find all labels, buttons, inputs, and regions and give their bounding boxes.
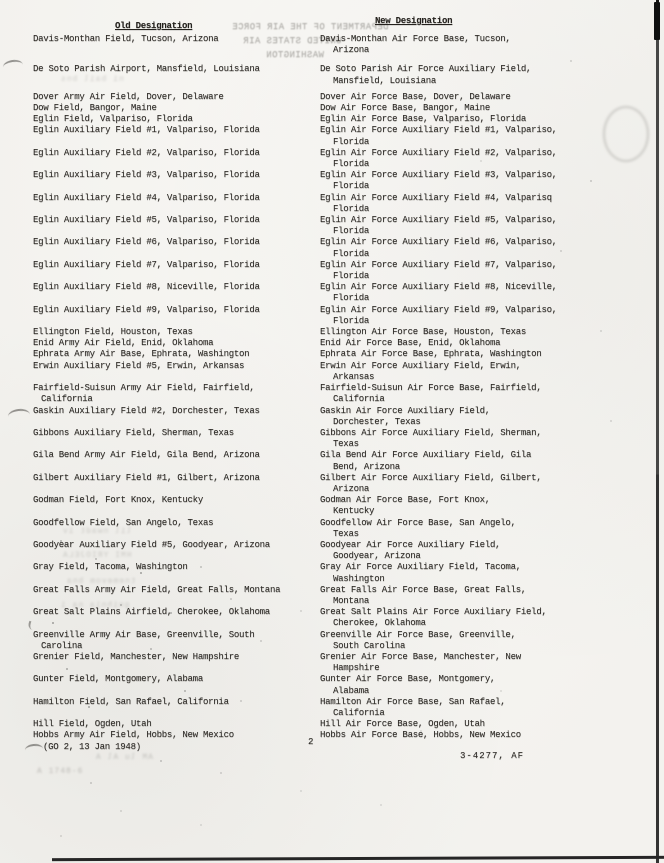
new-designation-cell: Eglin Air Force Auxiliary Field #9, Valp…	[320, 305, 633, 327]
new-designation-line: Eglin Air Force Auxiliary Field #2, Valp…	[320, 148, 633, 159]
old-designation-line: Eglin Auxiliary Field #1, Valpariso, Flo…	[33, 125, 320, 136]
document-reference: 3-4277, AF	[460, 751, 524, 761]
new-designation-line: Great Falls Air Force Base, Great Falls,	[320, 585, 633, 596]
old-designation-header: Old Designation	[115, 21, 192, 31]
smudge-mark: A 1748-6	[37, 767, 83, 776]
new-designation-cell: Eglin Air Force Auxiliary Field #8, Nice…	[320, 282, 633, 304]
old-designation-line: Greenville Army Air Base, Greenville, So…	[33, 630, 320, 641]
pen-hook-mark	[2, 59, 23, 74]
smudge-mark: ni bail bns	[60, 75, 124, 84]
new-designation-line: Goodyear Air Force Auxiliary Field,	[320, 540, 633, 551]
old-designation-cell: Fairfield-Suisun Army Air Field, Fairfie…	[33, 383, 320, 405]
old-designation-cell: Great Falls Army Air Field, Great Falls,…	[33, 585, 320, 596]
table-row: Hill Field, Ogden, UtahHill Air Force Ba…	[33, 719, 633, 730]
new-designation-line: Dow Air Force Base, Bangor, Maine	[320, 103, 633, 114]
old-designation-line: Davis-Monthan Field, Tucson, Arizona	[33, 34, 320, 45]
scan-edge-right	[656, 0, 659, 863]
old-designation-cell: Eglin Auxiliary Field #7, Valpariso, Flo…	[33, 260, 320, 271]
old-designation-line: Gray Field, Tacoma, Washington	[33, 562, 320, 573]
old-designation-cell: Hobbs Army Air Field, Hobbs, New Mexico	[33, 730, 320, 741]
new-designation-line: Goodfellow Air Force Base, San Angelo,	[320, 518, 633, 529]
new-designation-line: Greenville Air Force Base, Greenville,	[320, 630, 633, 641]
table-row: Gilbert Auxiliary Field #1, Gilbert, Ari…	[33, 473, 633, 495]
old-designation-cell: Eglin Auxiliary Field #3, Valpariso, Flo…	[33, 170, 320, 181]
smudge-mark: HMI YRIOJELA	[62, 551, 132, 560]
old-designation-cell: Ellington Field, Houston, Texas	[33, 327, 320, 338]
old-designation-line: Hill Field, Ogden, Utah	[33, 719, 320, 730]
old-designation-cell: Davis-Monthan Field, Tucson, Arizona	[33, 34, 320, 45]
new-designation-line: Dorchester, Texas	[320, 417, 633, 428]
table-row: Eglin Auxiliary Field #9, Valpariso, Flo…	[33, 305, 633, 327]
new-designation-line: Eglin Air Force Auxiliary Field #4, Valp…	[320, 193, 633, 204]
new-designation-line: Eglin Air Force Auxiliary Field #1, Valp…	[320, 125, 633, 136]
old-designation-cell: Godman Field, Fort Knox, Kentucky	[33, 495, 320, 506]
new-designation-line: Eglin Air Force Auxiliary Field #9, Valp…	[320, 305, 633, 316]
new-designation-line: Eglin Air Force Auxiliary Field #6, Valp…	[320, 237, 633, 248]
new-designation-line: Eglin Air Force Auxiliary Field #8, Nice…	[320, 282, 633, 293]
new-designation-line: Washington	[320, 574, 633, 585]
scan-noise	[0, 0, 2, 2]
new-designation-line: Gaskin Air Force Auxiliary Field,	[320, 406, 633, 417]
new-designation-line: Erwin Air Force Auxiliary Field, Erwin,	[320, 361, 633, 372]
new-designation-cell: Eglin Air Force Auxiliary Field #4, Valp…	[320, 193, 633, 215]
old-designation-line: Eglin Auxiliary Field #6, Valpariso, Flo…	[33, 237, 320, 248]
table-row: Gaskin Auxiliary Field #2, Dorchester, T…	[33, 406, 633, 428]
new-designation-line: Great Salt Plains Air Force Auxiliary Fi…	[320, 607, 633, 618]
new-designation-line: Grenier Air Force Base, Manchester, New	[320, 652, 633, 663]
table-row: Ellington Field, Houston, TexasEllington…	[33, 327, 633, 338]
old-designation-line: Hamilton Field, San Rafael, California	[33, 697, 320, 708]
table-row: Ephrata Army Air Base, Ephrata, Washingt…	[33, 349, 633, 360]
new-designation-line: Texas	[320, 439, 633, 450]
old-designation-line: Eglin Auxiliary Field #7, Valpariso, Flo…	[33, 260, 320, 271]
old-designation-cell: Dow Field, Bangor, Maine	[33, 103, 320, 114]
old-designation-line: Dover Army Air Field, Dover, Delaware	[33, 92, 320, 103]
new-designation-cell: Great Falls Air Force Base, Great Falls,…	[320, 585, 633, 607]
new-designation-cell: Eglin Air Force Auxiliary Field #3, Valp…	[320, 170, 633, 192]
new-designation-cell: Grenier Air Force Base, Manchester, NewH…	[320, 652, 633, 674]
old-designation-line: Goodyear Auxiliary Field #5, Goodyear, A…	[33, 540, 320, 551]
old-designation-line: Eglin Auxiliary Field #3, Valpariso, Flo…	[33, 170, 320, 181]
table-row: Eglin Field, Valpariso, FloridaEglin Air…	[33, 114, 633, 125]
pen-hook-mark	[7, 408, 30, 423]
new-designation-line: Eglin Air Force Auxiliary Field #7, Valp…	[320, 260, 633, 271]
new-designation-cell: Dow Air Force Base, Bangor, Maine	[320, 103, 633, 114]
table-row: Greenville Army Air Base, Greenville, So…	[33, 630, 633, 652]
new-designation-line: Florida	[320, 271, 633, 282]
new-designation-cell: Eglin Air Force Auxiliary Field #7, Valp…	[320, 260, 633, 282]
table-row: Gunter Field, Montgomery, AlabamaGunter …	[33, 674, 633, 696]
new-designation-line: Florida	[320, 137, 633, 148]
old-designation-line: Gibbons Auxiliary Field, Sherman, Texas	[33, 428, 320, 439]
new-designation-cell: Eglin Air Force Auxiliary Field #6, Valp…	[320, 237, 633, 259]
new-designation-cell: Greenville Air Force Base, Greenville,So…	[320, 630, 633, 652]
new-designation-cell: Eglin Air Force Auxiliary Field #2, Valp…	[320, 148, 633, 170]
new-designation-line: Arizona	[320, 484, 633, 495]
old-designation-line: Eglin Auxiliary Field #9, Valpariso, Flo…	[33, 305, 320, 316]
old-designation-line: Dow Field, Bangor, Maine	[33, 103, 320, 114]
old-designation-line: Gaskin Auxiliary Field #2, Dorchester, T…	[33, 406, 320, 417]
old-designation-line: Gilbert Auxiliary Field #1, Gilbert, Ari…	[33, 473, 320, 484]
new-designation-cell: Enid Air Force Base, Enid, Oklahoma	[320, 338, 633, 349]
new-designation-line: Ephrata Air Force Base, Ephrata, Washing…	[320, 349, 633, 360]
new-designation-cell: Davis-Monthan Air Force Base, Tucson,Ari…	[320, 34, 633, 56]
new-designation-line: Texas	[320, 529, 633, 540]
new-designation-cell: Erwin Air Force Auxiliary Field, Erwin,A…	[320, 361, 633, 383]
new-designation-line: Gila Bend Air Force Auxiliary Field, Gil…	[320, 450, 633, 461]
old-designation-cell: Eglin Auxiliary Field #6, Valpariso, Flo…	[33, 237, 320, 248]
new-designation-line: California	[320, 708, 633, 719]
new-designation-line: Hampshire	[320, 663, 633, 674]
new-designation-line: Godman Air Force Base, Fort Knox,	[320, 495, 633, 506]
old-designation-cell: Eglin Auxiliary Field #2, Valpariso, Flo…	[33, 148, 320, 159]
scan-edge-corner	[654, 2, 660, 40]
new-designation-cell: Eglin Air Force Base, Valpariso, Florida	[320, 114, 633, 125]
old-designation-line: California	[33, 394, 320, 405]
new-designation-cell: Gilbert Air Force Auxiliary Field, Gilbe…	[320, 473, 633, 495]
old-designation-line: De Soto Parish Airport, Mansfield, Louis…	[33, 64, 320, 75]
new-designation-cell: Ellington Air Force Base, Houston, Texas	[320, 327, 633, 338]
table-row: Eglin Auxiliary Field #3, Valpariso, Flo…	[33, 170, 633, 192]
old-designation-line: Eglin Auxiliary Field #5, Valpariso, Flo…	[33, 215, 320, 226]
new-designation-cell: Gray Air Force Auxiliary Field, Tacoma,W…	[320, 562, 633, 584]
scan-edge-bottom	[52, 856, 664, 861]
old-designation-line: Enid Army Air Field, Enid, Oklahoma	[33, 338, 320, 349]
table-row: Eglin Auxiliary Field #8, Niceville, Flo…	[33, 282, 633, 304]
new-designation-cell: Dover Air Force Base, Dover, Delaware	[320, 92, 633, 103]
new-designation-cell: Godman Air Force Base, Fort Knox,Kentuck…	[320, 495, 633, 517]
old-designation-line: Carolina	[33, 641, 320, 652]
old-designation-line: Erwin Auxiliary Field #5, Erwin, Arkansa…	[33, 361, 320, 372]
old-designation-line: Eglin Auxiliary Field #8, Niceville, Flo…	[33, 282, 320, 293]
new-designation-line: South Carolina	[320, 641, 633, 652]
new-designation-cell: Hamilton Air Force Base, San Rafael,Cali…	[320, 697, 633, 719]
table-row: Enid Army Air Field, Enid, OklahomaEnid …	[33, 338, 633, 349]
scanned-document-page: DEPARTMENT OF THE AIR FORCE UNITED STATE…	[0, 0, 664, 863]
new-designation-line: Eglin Air Force Auxiliary Field #3, Valp…	[320, 170, 633, 181]
new-designation-line: Eglin Air Force Auxiliary Field #5, Valp…	[320, 215, 633, 226]
table-row: Gibbons Auxiliary Field, Sherman, TexasG…	[33, 428, 633, 450]
new-designation-line: Gilbert Air Force Auxiliary Field, Gilbe…	[320, 473, 633, 484]
smudge-mark: lil nwadt iv	[62, 527, 132, 536]
old-designation-cell: Eglin Auxiliary Field #5, Valpariso, Flo…	[33, 215, 320, 226]
new-designation-line: Goodyear, Arizona	[320, 551, 633, 562]
new-designation-cell: Great Salt Plains Air Force Auxiliary Fi…	[320, 607, 633, 629]
new-designation-line: Cherokee, Oklahoma	[320, 618, 633, 629]
table-row: Eglin Auxiliary Field #5, Valpariso, Flo…	[33, 215, 633, 237]
new-designation-cell: Gila Bend Air Force Auxiliary Field, Gil…	[320, 450, 633, 472]
table-row: Eglin Auxiliary Field #1, Valpariso, Flo…	[33, 125, 633, 147]
table-row: Davis-Monthan Field, Tucson, ArizonaDavi…	[33, 34, 633, 56]
old-designation-cell: Eglin Auxiliary Field #9, Valpariso, Flo…	[33, 305, 320, 316]
new-designation-line: Fairfield-Suisun Air Force Base, Fairfie…	[320, 383, 633, 394]
old-designation-cell: Gibbons Auxiliary Field, Sherman, Texas	[33, 428, 320, 439]
new-designation-cell: Eglin Air Force Auxiliary Field #5, Valp…	[320, 215, 633, 237]
old-designation-cell: Gila Bend Army Air Field, Gila Bend, Ari…	[33, 450, 320, 461]
table-row: Eglin Auxiliary Field #7, Valpariso, Flo…	[33, 260, 633, 282]
table-row: Dow Field, Bangor, MaineDow Air Force Ba…	[33, 103, 633, 114]
new-designation-cell: Hill Air Force Base, Ogden, Utah	[320, 719, 633, 730]
new-designation-header: New Designation	[375, 16, 452, 26]
new-designation-line: Enid Air Force Base, Enid, Oklahoma	[320, 338, 633, 349]
smudge-mark: gnihnia na i	[60, 601, 130, 610]
new-designation-line: Mansfield, Louisiana	[320, 76, 633, 87]
old-designation-cell: Enid Army Air Field, Enid, Oklahoma	[33, 338, 320, 349]
old-designation-cell: Gaskin Auxiliary Field #2, Dorchester, T…	[33, 406, 320, 417]
new-designation-line: Hill Air Force Base, Ogden, Utah	[320, 719, 633, 730]
table-row: Eglin Auxiliary Field #4, Valpariso, Flo…	[33, 193, 633, 215]
new-designation-line: Florida	[320, 249, 633, 260]
new-designation-cell: Goodyear Air Force Auxiliary Field,Goody…	[320, 540, 633, 562]
new-designation-line: California	[320, 394, 633, 405]
new-designation-cell: Ephrata Air Force Base, Ephrata, Washing…	[320, 349, 633, 360]
table-row: Eglin Auxiliary Field #6, Valpariso, Flo…	[33, 237, 633, 259]
smudge-mark: tnemevom bna	[66, 577, 136, 586]
table-row: Fairfield-Suisun Army Air Field, Fairfie…	[33, 383, 633, 405]
new-designation-line: Eglin Air Force Base, Valpariso, Florida	[320, 114, 633, 125]
new-designation-line: Montana	[320, 596, 633, 607]
table-row: Eglin Auxiliary Field #2, Valpariso, Flo…	[33, 148, 633, 170]
old-designation-cell: Eglin Auxiliary Field #1, Valpariso, Flo…	[33, 125, 320, 136]
new-designation-line: Davis-Monthan Air Force Base, Tucson,	[320, 34, 633, 45]
bleedthrough-text: DEPARTMENT OF THE AIR FORCE	[232, 22, 389, 32]
new-designation-line: Florida	[320, 204, 633, 215]
old-designation-cell: Ephrata Army Air Base, Ephrata, Washingt…	[33, 349, 320, 360]
old-designation-line: Godman Field, Fort Knox, Kentucky	[33, 495, 320, 506]
new-designation-cell: Goodfellow Air Force Base, San Angelo,Te…	[320, 518, 633, 540]
new-designation-cell: Gunter Air Force Base, Montgomery,Alabam…	[320, 674, 633, 696]
new-designation-cell: Eglin Air Force Auxiliary Field #1, Valp…	[320, 125, 633, 147]
table-row: Gila Bend Army Air Field, Gila Bend, Ari…	[33, 450, 633, 472]
new-designation-line: Florida	[320, 226, 633, 237]
old-designation-line: Fairfield-Suisun Army Air Field, Fairfie…	[33, 383, 320, 394]
old-designation-line: Eglin Auxiliary Field #2, Valpariso, Flo…	[33, 148, 320, 159]
old-designation-line: Great Falls Army Air Field, Great Falls,…	[33, 585, 320, 596]
old-designation-cell: Eglin Field, Valpariso, Florida	[33, 114, 320, 125]
new-designation-cell: Gibbons Air Force Auxiliary Field, Sherm…	[320, 428, 633, 450]
pen-hook-mark	[25, 743, 44, 756]
new-designation-line: De Soto Parish Air Force Auxiliary Field…	[320, 64, 633, 75]
new-designation-line: Alabama	[320, 686, 633, 697]
old-designation-line: Ephrata Army Air Base, Ephrata, Washingt…	[33, 349, 320, 360]
new-designation-line: Hobbs Air Force Base, Hobbs, New Mexico	[320, 730, 633, 741]
new-designation-cell: Hobbs Air Force Base, Hobbs, New Mexico	[320, 730, 633, 741]
old-designation-line: Eglin Auxiliary Field #4, Valpariso, Flo…	[33, 193, 320, 204]
old-designation-cell: Erwin Auxiliary Field #5, Erwin, Arkansa…	[33, 361, 320, 372]
new-designation-line: Gray Air Force Auxiliary Field, Tacoma,	[320, 562, 633, 573]
new-designation-line: Arizona	[320, 45, 633, 56]
old-designation-cell: Goodyear Auxiliary Field #5, Goodyear, A…	[33, 540, 320, 551]
page-number: 2	[308, 737, 313, 747]
new-designation-line: Hamilton Air Force Base, San Rafael,	[320, 697, 633, 708]
new-designation-cell: Fairfield-Suisun Air Force Base, Fairfie…	[320, 383, 633, 405]
old-designation-cell: Gilbert Auxiliary Field #1, Gilbert, Ari…	[33, 473, 320, 484]
old-designation-cell: Dover Army Air Field, Dover, Delaware	[33, 92, 320, 103]
old-designation-cell: Gunter Field, Montgomery, Alabama	[33, 674, 320, 685]
old-designation-cell: Greenville Army Air Base, Greenville, So…	[33, 630, 320, 652]
new-designation-line: Florida	[320, 159, 633, 170]
table-row: Great Salt Plains Airfield, Cherokee, Ok…	[33, 607, 633, 629]
new-designation-line: Gibbons Air Force Auxiliary Field, Sherm…	[320, 428, 633, 439]
table-row: Grenier Field, Manchester, New Hampshire…	[33, 652, 633, 674]
old-designation-cell: Gray Field, Tacoma, Washington	[33, 562, 320, 573]
table-row: Hamilton Field, San Rafael, CaliforniaHa…	[33, 697, 633, 719]
old-designation-line: Grenier Field, Manchester, New Hampshire	[33, 652, 320, 663]
old-designation-cell: De Soto Parish Airport, Mansfield, Louis…	[33, 64, 320, 75]
general-order-reference: (GO 2, 13 Jan 1948)	[43, 742, 141, 752]
new-designation-cell: De Soto Parish Air Force Auxiliary Field…	[320, 64, 633, 86]
table-row: Hobbs Army Air Field, Hobbs, New MexicoH…	[33, 730, 633, 741]
old-designation-cell: Hill Field, Ogden, Utah	[33, 719, 320, 730]
new-designation-line: Dover Air Force Base, Dover, Delaware	[320, 92, 633, 103]
old-designation-cell: Hamilton Field, San Rafael, California	[33, 697, 320, 708]
old-designation-line: Hobbs Army Air Field, Hobbs, New Mexico	[33, 730, 320, 741]
table-row: Erwin Auxiliary Field #5, Erwin, Arkansa…	[33, 361, 633, 383]
smudge-mark: AM lu Al A	[95, 753, 153, 762]
old-designation-line: Gila Bend Army Air Field, Gila Bend, Ari…	[33, 450, 320, 461]
old-designation-cell: Eglin Auxiliary Field #4, Valpariso, Flo…	[33, 193, 320, 204]
new-designation-line: Bend, Arizona	[320, 462, 633, 473]
old-designation-cell: Grenier Field, Manchester, New Hampshire	[33, 652, 320, 663]
table-row: Godman Field, Fort Knox, KentuckyGodman …	[33, 495, 633, 517]
new-designation-cell: Gaskin Air Force Auxiliary Field,Dorches…	[320, 406, 633, 428]
new-designation-line: Florida	[320, 293, 633, 304]
old-designation-cell: Eglin Auxiliary Field #8, Niceville, Flo…	[33, 282, 320, 293]
designation-table: Davis-Monthan Field, Tucson, ArizonaDavi…	[33, 34, 633, 742]
pen-circle-mark	[603, 106, 649, 162]
new-designation-line: Florida	[320, 316, 633, 327]
new-designation-line: Ellington Air Force Base, Houston, Texas	[320, 327, 633, 338]
old-designation-line: Eglin Field, Valpariso, Florida	[33, 114, 320, 125]
new-designation-line: Arkansas	[320, 372, 633, 383]
table-row: Dover Army Air Field, Dover, DelawareDov…	[33, 92, 633, 103]
old-designation-line: Ellington Field, Houston, Texas	[33, 327, 320, 338]
new-designation-line: Florida	[320, 181, 633, 192]
old-designation-line: Gunter Field, Montgomery, Alabama	[33, 674, 320, 685]
new-designation-line: Gunter Air Force Base, Montgomery,	[320, 674, 633, 685]
new-designation-line: Kentucky	[320, 506, 633, 517]
